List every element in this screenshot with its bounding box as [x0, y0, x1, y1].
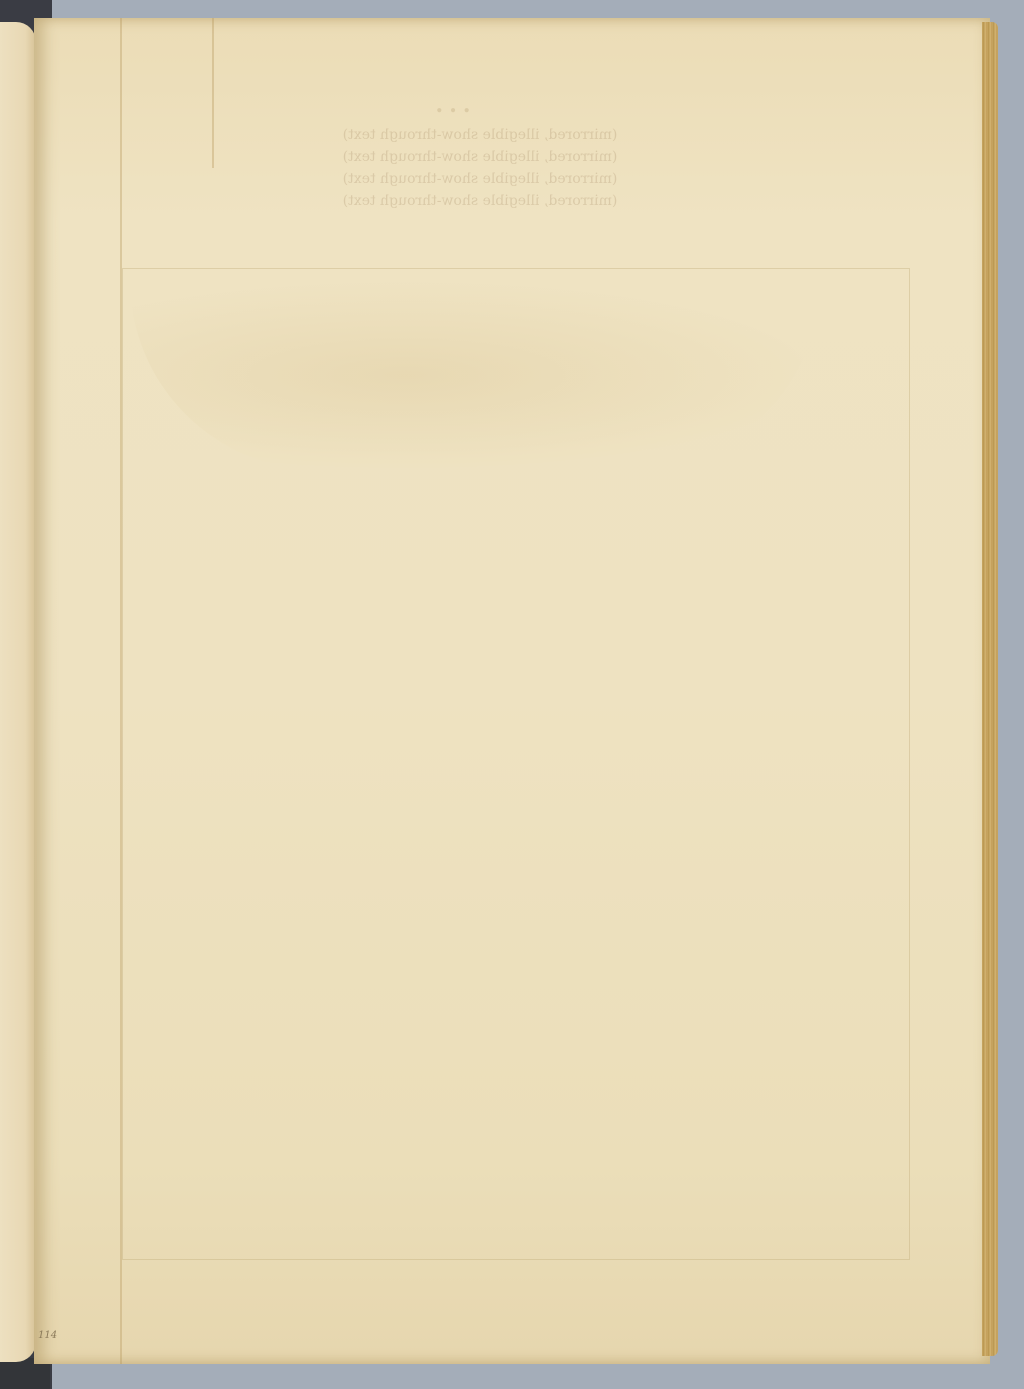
- facing-page-edge: [0, 22, 36, 1362]
- folio-mark: 114: [38, 1330, 57, 1341]
- bleed-line: (mirrored, illegible show-through text): [110, 190, 850, 212]
- bleed-through-illustration: [130, 280, 820, 470]
- bleed-through-text: (mirrored, illegible show-through text) …: [110, 124, 850, 212]
- bleed-through-heading: ...: [240, 92, 660, 118]
- bleed-line: (mirrored, illegible show-through text): [110, 146, 850, 168]
- page-block-edge: [982, 22, 998, 1356]
- bleed-line: (mirrored, illegible show-through text): [110, 168, 850, 190]
- bleed-line: (mirrored, illegible show-through text): [110, 124, 850, 146]
